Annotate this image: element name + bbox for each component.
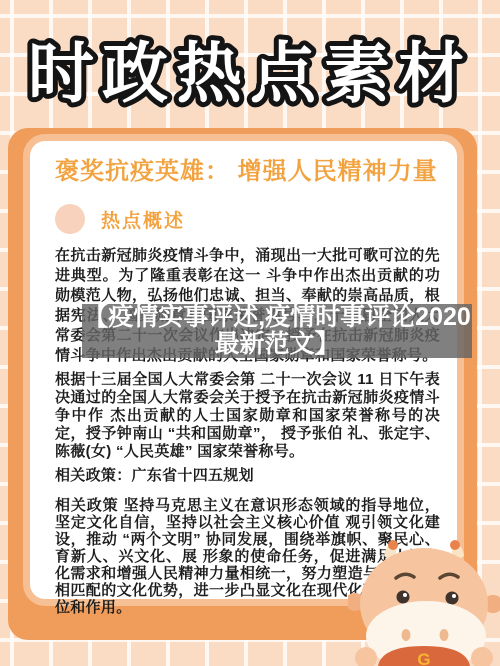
eye-icon	[397, 591, 410, 604]
bullet-circle-icon	[55, 204, 85, 234]
section-label: 热点概述	[101, 206, 185, 233]
poster-title-art: 时政热点素材	[0, 8, 500, 130]
page-title: 时政热点素材	[28, 36, 472, 110]
article-headline: 褒奖抗疫英雄： 增强人民精神力量	[55, 157, 440, 187]
content-card: 褒奖抗疫英雄： 增强人民精神力量 热点概述 在抗击新冠肺炎疫情斗争中，涌现出一大…	[30, 141, 457, 599]
eye-icon	[446, 592, 459, 605]
poster: 时政热点素材 褒奖抗疫英雄： 增强人民精神力量 热点概述 在抗击新冠肺炎疫情斗争…	[0, 0, 500, 666]
watermark-overlay: 【疫情实事评述,疫情时事评论2020最新范文】	[82, 304, 472, 358]
ox-mascot-icon: G	[348, 540, 500, 666]
shirt-letter: G	[417, 650, 430, 666]
policy-line: 相关政策：广东省十四五规划	[55, 468, 440, 484]
section-header: 热点概述	[55, 204, 440, 234]
paragraph-decision: 根据十三届全国人大常委会第 二十一次会议 11 日下午表决通过的全国人大常委会关…	[55, 371, 440, 461]
